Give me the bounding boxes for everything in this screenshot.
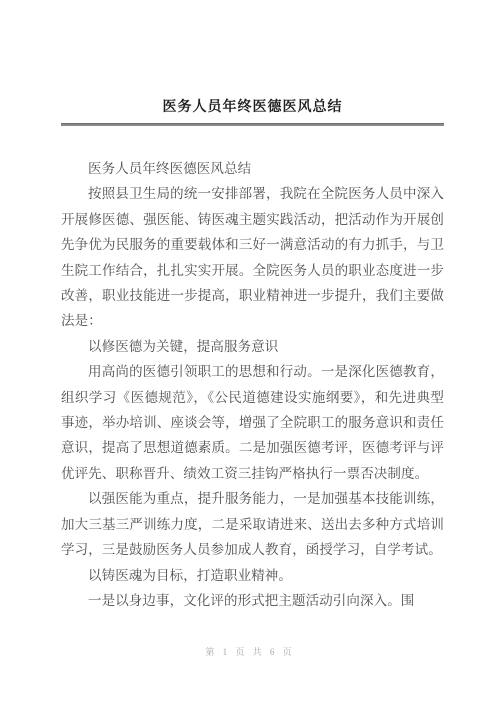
paragraph: 以修医德为关键，提高服务意识 xyxy=(61,334,444,359)
title-underline xyxy=(61,123,444,126)
document-title: 医务人员年终医德医风总结 xyxy=(61,97,444,116)
paragraph: 以铸医魂为目标，打造职业精神。 xyxy=(61,563,444,588)
document-body: 医务人员年终医德医风总结按照县卫生局的统一安排部署，我院在全院医务人员中深入开展… xyxy=(61,156,444,613)
paragraph: 以强医能为重点，提升服务能力，一是加强基本技能训练，加大三基三严训练力度，二是采… xyxy=(61,486,444,562)
document-page: 医务人员年终医德医风总结 医务人员年终医德医风总结按照县卫生局的统一安排部署，我… xyxy=(0,0,500,707)
page-number-footer: 第 1 页 共 6 页 xyxy=(0,645,500,658)
document-content: 医务人员年终医德医风总结 医务人员年终医德医风总结按照县卫生局的统一安排部署，我… xyxy=(61,0,444,613)
paragraph: 医务人员年终医德医风总结 xyxy=(61,156,444,181)
paragraph: 一是以身边事，文化评的形式把主题活动引向深入。围 xyxy=(61,588,444,613)
paragraph: 按照县卫生局的统一安排部署，我院在全院医务人员中深入开展修医德、强医能、铸医魂主… xyxy=(61,181,444,333)
paragraph: 用高尚的医德引领职工的思想和行动。一是深化医德教育，组织学习《医德规范》，《公民… xyxy=(61,359,444,486)
